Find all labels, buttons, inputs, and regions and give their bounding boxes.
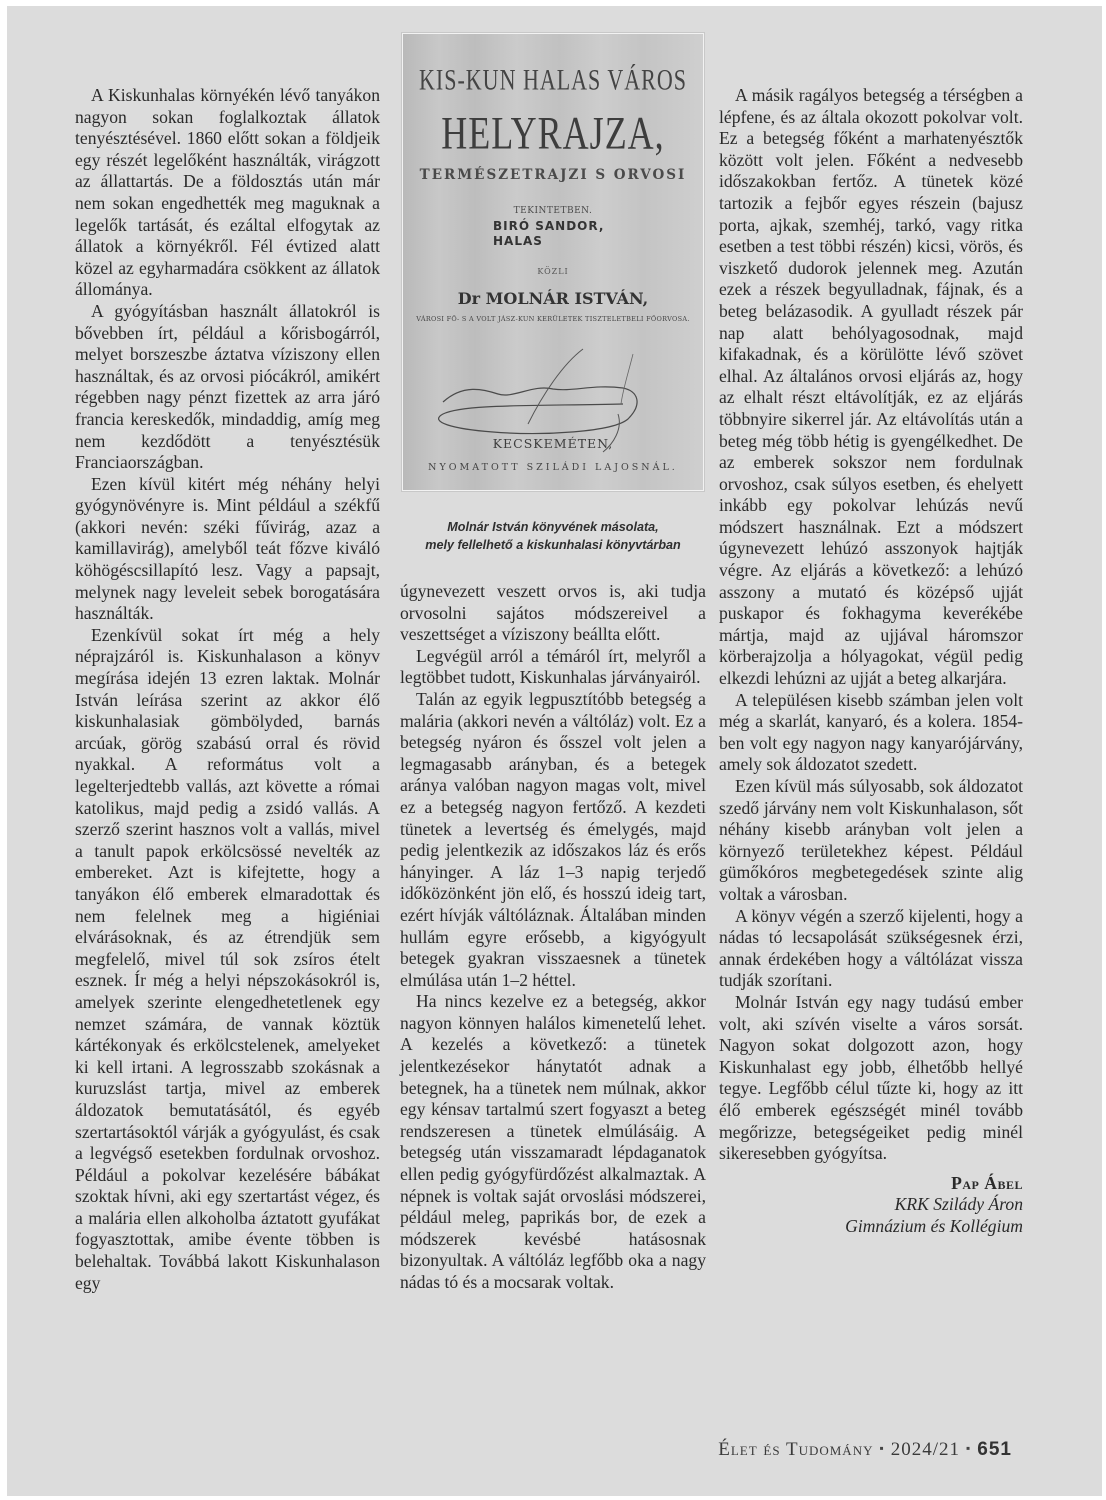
book-title-page-image: KIS-KUN HALAS VÁROS HELYRAJZA, TERMÉSZET… bbox=[402, 33, 704, 491]
paragraph: Molnár István egy nagy tudású ember volt… bbox=[719, 992, 1023, 1165]
figure-author: Dr MOLNÁR ISTVÁN, bbox=[403, 289, 703, 308]
page-footer: Élet és Tudomány▪2024/21▪651 bbox=[718, 1439, 1012, 1461]
paragraph: Ezenkívül sokat írt még a hely néprajzár… bbox=[75, 625, 380, 1294]
author-institution: KRK Szilády Áron bbox=[719, 1194, 1023, 1216]
paragraph: úgynevezett veszett orvos is, aki tudja … bbox=[400, 581, 706, 646]
separator-icon: ▪ bbox=[966, 1441, 971, 1455]
stamp-line: BIRÓ SANDOR, bbox=[493, 219, 604, 234]
figure-title-line: KIS-KUN HALAS VÁROS bbox=[403, 62, 703, 97]
figure-subtitle: TERMÉSZETRAJZI S ORVOSI bbox=[403, 167, 703, 183]
library-stamp: BIRÓ SANDOR, HALAS bbox=[493, 219, 604, 249]
stamp-line: HALAS bbox=[493, 234, 604, 249]
figure-author-title: VÁROSI FŐ- S A VOLT JÁSZ-KUN KERÜLETEK T… bbox=[409, 314, 697, 324]
caption-line: Molnár István könyvének másolata, bbox=[400, 518, 706, 536]
figure-kozli: KÖZLI bbox=[403, 267, 703, 276]
paragraph: A gyógyításban használt állatokról is bő… bbox=[75, 301, 380, 474]
paragraph: Ha nincs kezelve ez a betegség, akkor na… bbox=[400, 991, 706, 1293]
figure-caption: Molnár István könyvének másolata, mely f… bbox=[400, 518, 706, 554]
figure-main-title: HELYRAJZA, bbox=[403, 106, 703, 161]
paragraph: A könyv végén a szerző kijelenti, hogy a… bbox=[719, 906, 1023, 992]
article-column-left: A Kiskunhalas környékén lévő tanyákon na… bbox=[75, 85, 380, 1294]
caption-line: mely fellelhető a kiskunhalasi könyvtárb… bbox=[400, 536, 706, 554]
journal-name: Élet és Tudomány bbox=[718, 1439, 873, 1460]
paragraph: Ezen kívül más súlyosabb, sok áldozatot … bbox=[719, 776, 1023, 906]
figure-city: KECSKEMÉTEN, bbox=[403, 436, 703, 451]
figure-subtitle-2: TEKINTETBEN. bbox=[403, 206, 703, 216]
figure-printer: NYOMATOTT SZILÁDI LAJOSNÁL. bbox=[403, 462, 703, 473]
paragraph: Legvégül arról a témáról írt, melyről a … bbox=[400, 646, 706, 689]
separator-icon: ▪ bbox=[879, 1441, 884, 1455]
paragraph: A településen kisebb számban jelen volt … bbox=[719, 690, 1023, 776]
author-name: Pap Ábel bbox=[719, 1173, 1023, 1195]
author-institution: Gimnázium és Kollégium bbox=[719, 1216, 1023, 1238]
page-number: 651 bbox=[977, 1439, 1012, 1460]
paragraph: Ezen kívül kitért még néhány helyi gyógy… bbox=[75, 474, 380, 625]
author-signature: Pap Ábel KRK Szilády Áron Gimnázium és K… bbox=[719, 1173, 1023, 1238]
paragraph: A másik ragályos betegség a térségben a … bbox=[719, 85, 1023, 690]
paragraph: Talán az egyik legpusztítóbb betegség a … bbox=[400, 689, 706, 991]
article-column-right: A másik ragályos betegség a térségben a … bbox=[719, 85, 1023, 1237]
paragraph: A Kiskunhalas környékén lévő tanyákon na… bbox=[75, 85, 380, 301]
article-column-middle: úgynevezett veszett orvos is, aki tudja … bbox=[400, 581, 706, 1294]
magazine-page: A Kiskunhalas környékén lévő tanyákon na… bbox=[7, 6, 1102, 1496]
issue-number: 2024/21 bbox=[891, 1439, 960, 1460]
